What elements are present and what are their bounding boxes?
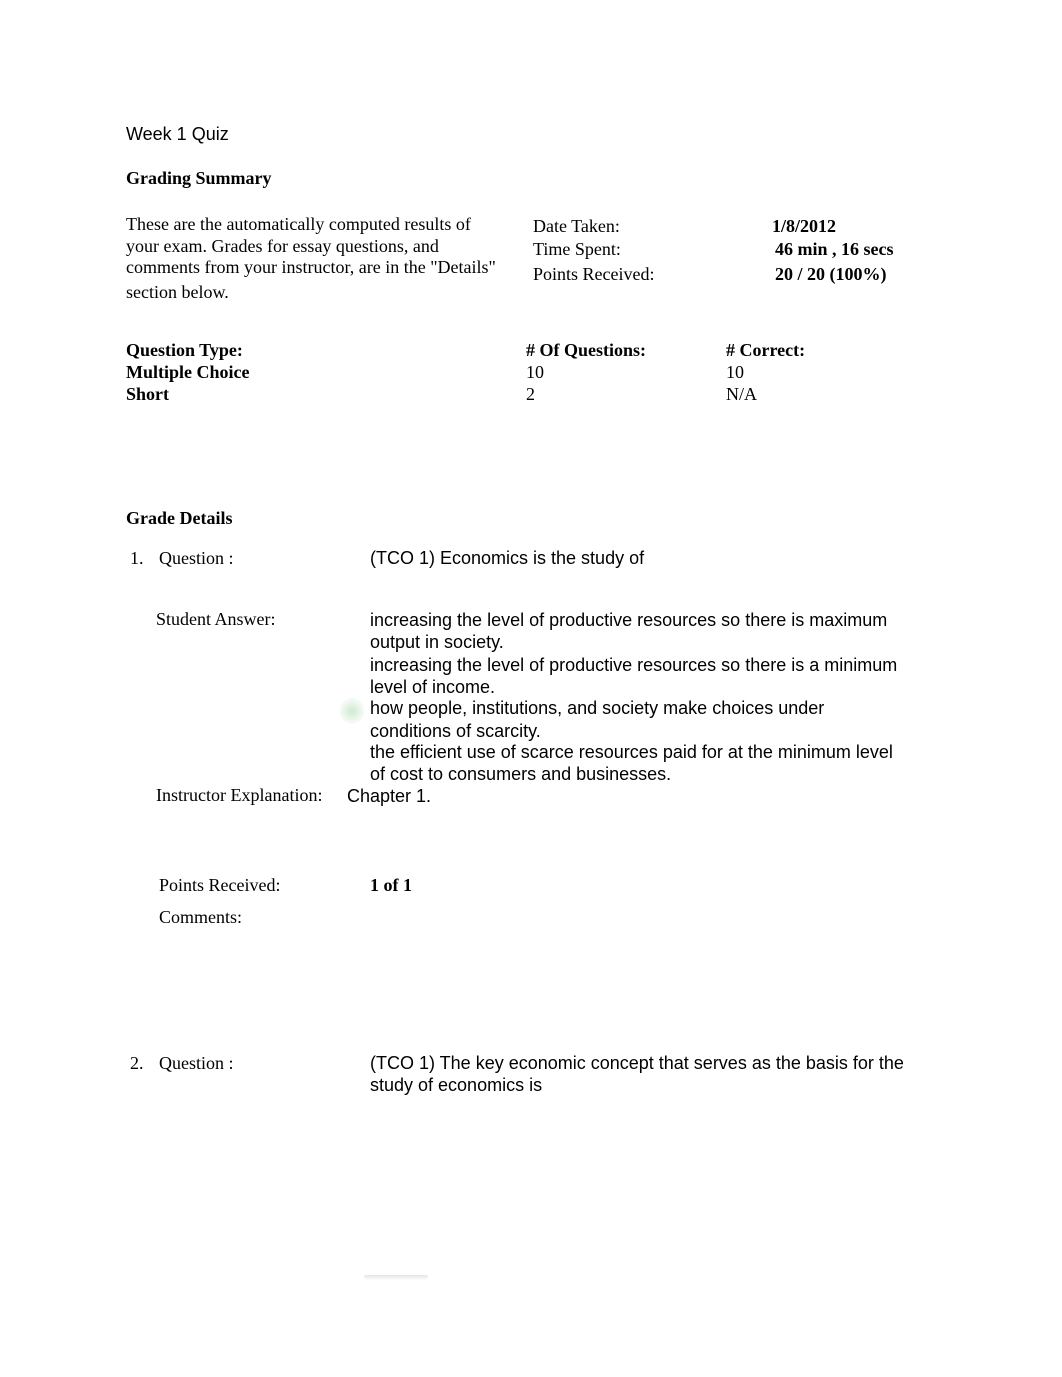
question-text: (TCO 1) Economics is the study of <box>370 548 644 569</box>
intro-line: your exam. Grades for essay questions, a… <box>126 236 526 258</box>
row-correct: 10 <box>726 362 744 383</box>
choice-line: of cost to consumers and businesses. <box>370 764 950 786</box>
points-received-value: 1 of 1 <box>370 875 412 896</box>
page-shadow-divider <box>364 1275 428 1280</box>
comments-label: Comments: <box>159 907 242 928</box>
row-correct: N/A <box>726 384 757 405</box>
choice-line: output in society. <box>370 632 950 654</box>
question-text: (TCO 1) The key economic concept that se… <box>370 1053 960 1096</box>
question-line: (TCO 1) The key economic concept that se… <box>370 1053 960 1075</box>
intro-line: section below. <box>126 282 526 304</box>
answer-choice: increasing the level of productive resou… <box>370 655 950 698</box>
choice-line: level of income. <box>370 677 950 699</box>
date-taken-value: 1/8/2012 <box>772 216 836 237</box>
question-number: 1. <box>130 548 144 569</box>
question-number: 2. <box>130 1053 144 1074</box>
choice-line: conditions of scarcity. <box>370 721 950 743</box>
choice-line: the efficient use of scarce resources pa… <box>370 742 950 764</box>
question-line: study of economics is <box>370 1075 960 1097</box>
instructor-explanation-label: Instructor Explanation: <box>156 785 322 806</box>
header-num-questions: # Of Questions: <box>526 340 646 361</box>
choice-line: how people, institutions, and society ma… <box>370 698 950 720</box>
row-count: 10 <box>526 362 544 383</box>
points-received-value: 20 / 20 (100%) <box>775 264 887 285</box>
row-count: 2 <box>526 384 535 405</box>
question-label: Question : <box>159 1053 234 1074</box>
question-label: Question : <box>159 548 234 569</box>
instructor-explanation: Chapter 1. <box>347 786 431 807</box>
grading-summary-intro: These are the automatically computed res… <box>126 214 526 303</box>
header-num-correct: # Correct: <box>726 340 805 361</box>
correct-answer-check-icon <box>340 698 364 724</box>
student-answer-label: Student Answer: <box>156 609 276 630</box>
time-spent-value: 46 min , 16 secs <box>775 239 894 260</box>
intro-line: comments from your instructor, are in th… <box>126 257 526 279</box>
choice-line: increasing the level of productive resou… <box>370 655 950 677</box>
answer-choice: increasing the level of productive resou… <box>370 610 950 653</box>
grading-summary-heading: Grading Summary <box>126 168 272 189</box>
quiz-title: Week 1 Quiz <box>126 124 229 145</box>
time-spent-label: Time Spent: <box>533 239 621 260</box>
answer-choice-selected: how people, institutions, and society ma… <box>370 698 950 742</box>
points-received-label: Points Received: <box>159 875 280 896</box>
points-received-label: Points Received: <box>533 264 654 285</box>
answer-choice: the efficient use of scarce resources pa… <box>370 742 950 785</box>
answer-choices: increasing the level of productive resou… <box>370 610 950 785</box>
intro-line: These are the automatically computed res… <box>126 214 526 236</box>
row-type: Multiple Choice <box>126 362 250 383</box>
row-type: Short <box>126 384 169 405</box>
header-question-type: Question Type: <box>126 340 243 361</box>
grade-details-heading: Grade Details <box>126 508 232 529</box>
choice-line: increasing the level of productive resou… <box>370 610 950 632</box>
date-taken-label: Date Taken: <box>533 216 620 237</box>
